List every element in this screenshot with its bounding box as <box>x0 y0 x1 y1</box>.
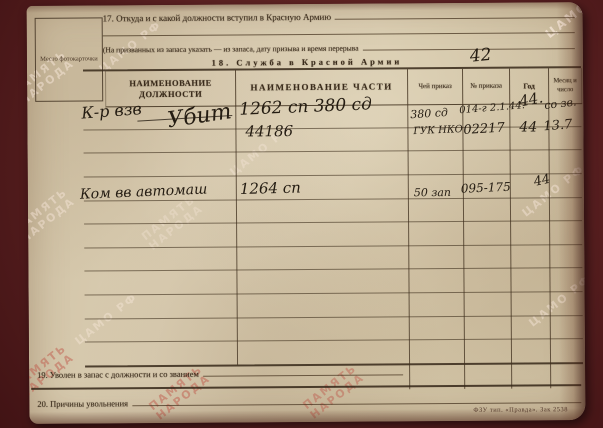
handwritten-r1-position: К-р взв <box>81 101 143 122</box>
handwritten-r2-date: 13.7 <box>543 118 573 133</box>
field-19-label: 19. Уволен в запас с должности и со зван… <box>37 369 199 380</box>
handwritten-r2-order-by: ГУК НКО <box>413 125 463 137</box>
photo-placeholder-label: Место фотокарточки <box>40 52 98 67</box>
handwritten-service-years: 42 <box>469 47 492 66</box>
section-18-title: 18. Служба в Красной Армии <box>157 56 457 68</box>
field-17-blank <box>335 17 575 20</box>
field-19-blank <box>203 374 403 376</box>
col-header-order-by: Чей приказ <box>408 69 463 104</box>
watermark-camo-icon: ЦАМО РФ <box>543 2 585 41</box>
handwritten-r1-date: со зв. <box>544 96 577 111</box>
scan-background: ЦАМО РФ ЦАМО РФ ЦАМО РФ ЦАМО РФ ЦАМО РФ … <box>0 0 603 428</box>
field-20-label: 20. Причины увольнения <box>37 398 128 409</box>
field-17-blank-line <box>103 24 575 36</box>
ruled-row <box>84 198 582 225</box>
handwritten-r2-unit: 44186 <box>245 124 293 139</box>
handwritten-r3-unit: 1264 сп <box>240 181 301 197</box>
ruled-row <box>85 339 583 365</box>
ruled-row <box>84 245 582 272</box>
ruled-row <box>84 150 582 177</box>
ruled-row <box>84 269 582 296</box>
watermark-pamyat-icon: ПАМЯТЬНАРОДА <box>27 186 78 246</box>
field-17-label: 17. Откуда и с какой должности вступил в… <box>103 12 332 24</box>
section-divider-line <box>31 384 581 390</box>
ruled-row <box>83 127 581 154</box>
handwritten-r2-year: 44 <box>519 120 537 134</box>
handwritten-r1-order-by: 380 сд <box>410 107 448 120</box>
ruled-row <box>84 221 582 248</box>
ruled-row <box>85 316 583 343</box>
handwritten-r3-order-by: 50 зап <box>414 187 451 198</box>
field-17b-row: (На призванных из запаса указать — из за… <box>103 42 575 54</box>
field-17b-label: (На призванных из запаса указать — из за… <box>103 44 359 55</box>
record-card-page: ЦАМО РФ ЦАМО РФ ЦАМО РФ ЦАМО РФ ЦАМО РФ … <box>27 2 586 424</box>
handwritten-r3-year: 44 <box>533 173 552 189</box>
handwritten-r3-order-no: 095-175 <box>461 181 511 195</box>
service-table-body <box>83 103 583 365</box>
field-19-row: 19. Уволен в запас с должности и со зван… <box>37 367 403 380</box>
ruled-row <box>85 292 583 319</box>
handwritten-r1-year: 44. <box>518 90 544 109</box>
field-17-row: 17. Откуда и с какой должности вступил в… <box>103 10 575 23</box>
handwritten-r2-order-no: 02217 <box>463 122 505 137</box>
col-header-order-no: № приказа <box>463 69 510 104</box>
printer-mark: ФЗУ тип. «Правда». Зак 2538 <box>473 406 568 414</box>
